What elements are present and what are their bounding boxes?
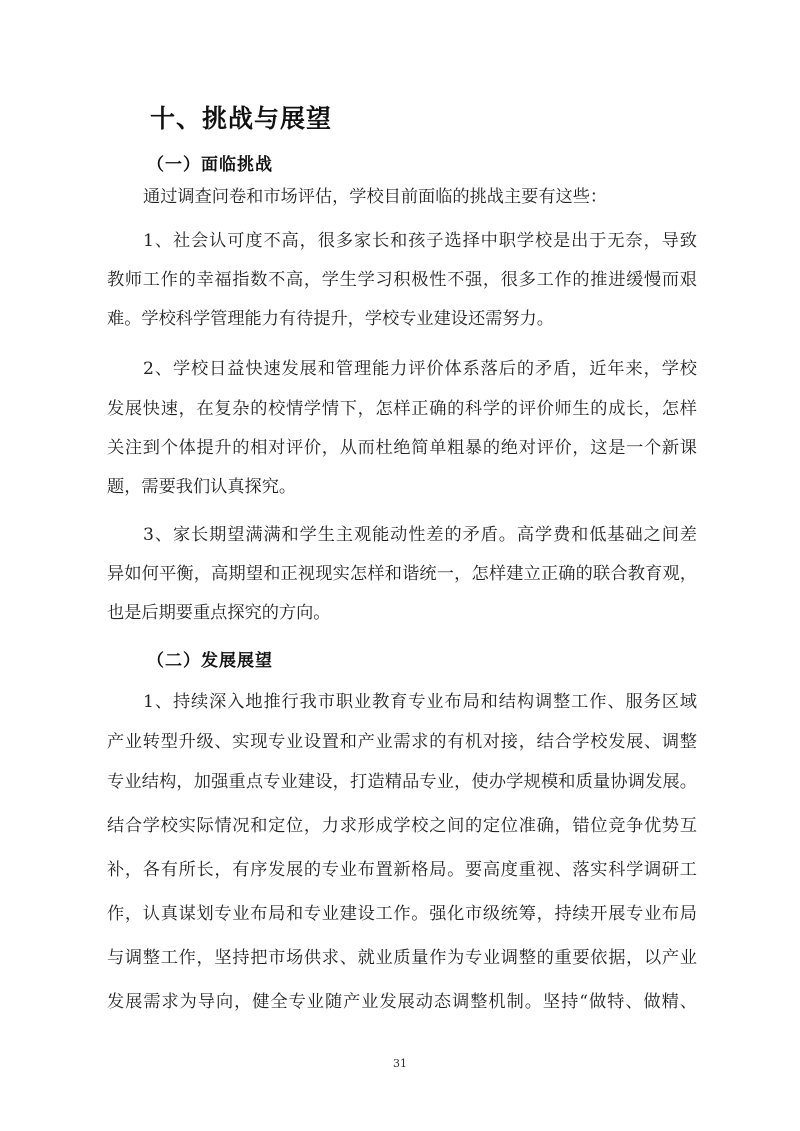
paragraph-line: 3、家长期望满满和学生主观能动性差的矛盾。高学费和低基础之间差: [143, 523, 697, 547]
paragraph-line: 异如何平衡，高期望和正视现实怎样和谐统一，怎样建立正确的联合教育观，: [107, 562, 697, 586]
paragraph-line: 难。学校科学管理能力有待提升，学校专业建设还需努力。: [107, 307, 697, 331]
paragraph-line: 作，认真谋划专业布局和专业建设工作。强化市级统筹，持续开展专业布局: [107, 902, 697, 926]
subsection-heading-outlook: （二）发展展望: [147, 646, 273, 671]
paragraph-line: 1、社会认可度不高，很多家长和孩子选择中职学校是出于无奈，导致: [143, 229, 697, 253]
paragraph-line: 发展快速，在复杂的校情学情下，怎样正确的科学的评价师生的成长，怎样: [107, 397, 697, 421]
paragraph-line: 结合学校实际情况和定位，力求形成学校之间的定位准确，错位竞争优势互: [107, 814, 697, 838]
paragraph-line: 与调整工作，坚持把市场供求、就业质量作为专业调整的重要依据，以产业: [107, 946, 697, 970]
paragraph-line: 也是后期要重点探究的方向。: [107, 601, 697, 625]
paragraph-line: 补，各有所长，有序发展的专业布置新格局。要高度重视、落实科学调研工: [107, 858, 697, 882]
document-page: 十、挑战与展望 （一）面临挑战 通过调查问卷和市场评估，学校目前面临的挑战主要有…: [0, 0, 800, 1131]
paragraph-line: 题，需要我们认真探究。: [107, 475, 697, 499]
paragraph-line: 发展需求为导向，健全专业随产业发展动态调整机制。坚持“做特、做精、: [107, 990, 697, 1014]
paragraph-line: 教师工作的幸福指数不高，学生学习积极性不强，很多工作的推进缓慢而艰: [107, 268, 697, 292]
paragraph-line: 通过调查问卷和市场评估，学校目前面临的挑战主要有这些：: [143, 185, 697, 209]
section-title: 十、挑战与展望: [150, 99, 332, 135]
page-number: 31: [0, 1057, 800, 1070]
paragraph-line: 2、学校日益快速发展和管理能力评价体系落后的矛盾，近年来，学校: [143, 357, 697, 381]
paragraph-line: 1、持续深入地推行我市职业教育专业布局和结构调整工作、服务区域: [143, 690, 697, 714]
subsection-heading-challenges: （一）面临挑战: [147, 150, 273, 175]
paragraph-line: 专业结构，加强重点专业建设，打造精品专业，使办学规模和质量协调发展。: [107, 770, 697, 794]
paragraph-line: 产业转型升级、实现专业设置和产业需求的有机对接，结合学校发展、调整: [107, 730, 697, 754]
paragraph-line: 关注到个体提升的相对评价，从而杜绝简单粗暴的绝对评价，这是一个新课: [107, 436, 697, 460]
